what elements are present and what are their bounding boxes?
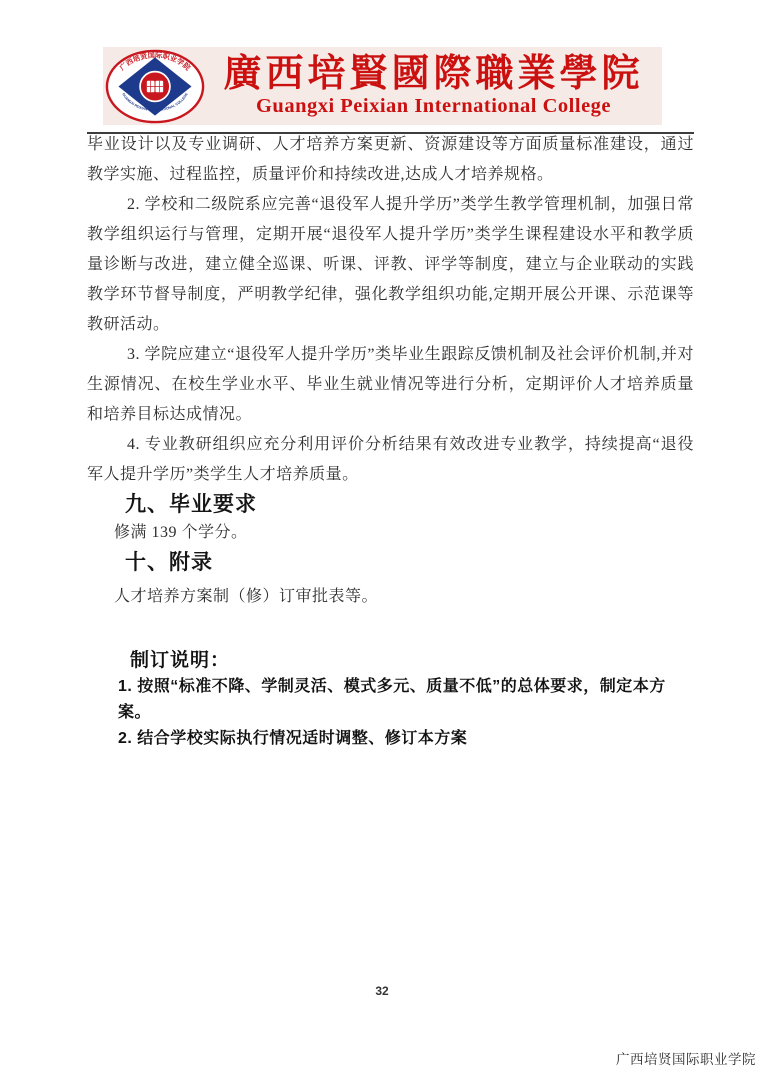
footer-institution: 广西培贤国际职业学院: [616, 1048, 756, 1068]
college-header: 广西培贤国际职业学院 GUANGXI PEIXIAN INTERNATIONAL…: [103, 47, 662, 125]
college-name-english: Guangxi Peixian International College: [205, 96, 662, 117]
notes-heading: 制订说明：: [130, 648, 694, 674]
appendix-text: 人才培养方案制（修）订审批表等。: [114, 582, 694, 612]
page-number: 32: [0, 984, 764, 998]
paragraph-item-3: 3. 学院应建立“退役军人提升学历”类毕业生跟踪反馈机制及社会评价机制,并对生源…: [87, 340, 694, 430]
college-titles: 廣西培賢國際職業學院 Guangxi Peixian International…: [205, 55, 662, 117]
graduation-credits-text: 修满 139 个学分。: [114, 518, 694, 548]
note-item-1: 1. 按照“标准不降、学制灵活、模式多元、质量不低”的总体要求，制定本方案。: [118, 674, 694, 726]
college-logo-icon: 广西培贤国际职业学院 GUANGXI PEIXIAN INTERNATIONAL…: [105, 49, 205, 124]
paragraph-item-4: 4. 专业教研组织应充分利用评价分析结果有效改进专业教学，持续提高“退役军人提升…: [87, 430, 694, 490]
note-item-2: 2. 结合学校实际执行情况适时调整、修订本方案: [118, 726, 694, 752]
paragraph-item-2: 2. 学校和二级院系应完善“退役军人提升学历”类学生教学管理机制，加强日常教学组…: [87, 190, 694, 340]
open-book-icon: [147, 80, 163, 93]
document-page: 广西培贤国际职业学院 GUANGXI PEIXIAN INTERNATIONAL…: [0, 0, 764, 1080]
college-name-chinese: 廣西培賢國際職業學院: [205, 55, 662, 93]
section-heading-graduation-requirements: 九、毕业要求: [125, 492, 694, 518]
paragraph-quality-standards: 毕业设计以及专业调研、人才培养方案更新、资源建设等方面质量标准建设，通过教学实施…: [87, 130, 694, 190]
section-heading-appendix: 十、附录: [125, 550, 694, 576]
document-body: 毕业设计以及专业调研、人才培养方案更新、资源建设等方面质量标准建设，通过教学实施…: [87, 130, 694, 752]
